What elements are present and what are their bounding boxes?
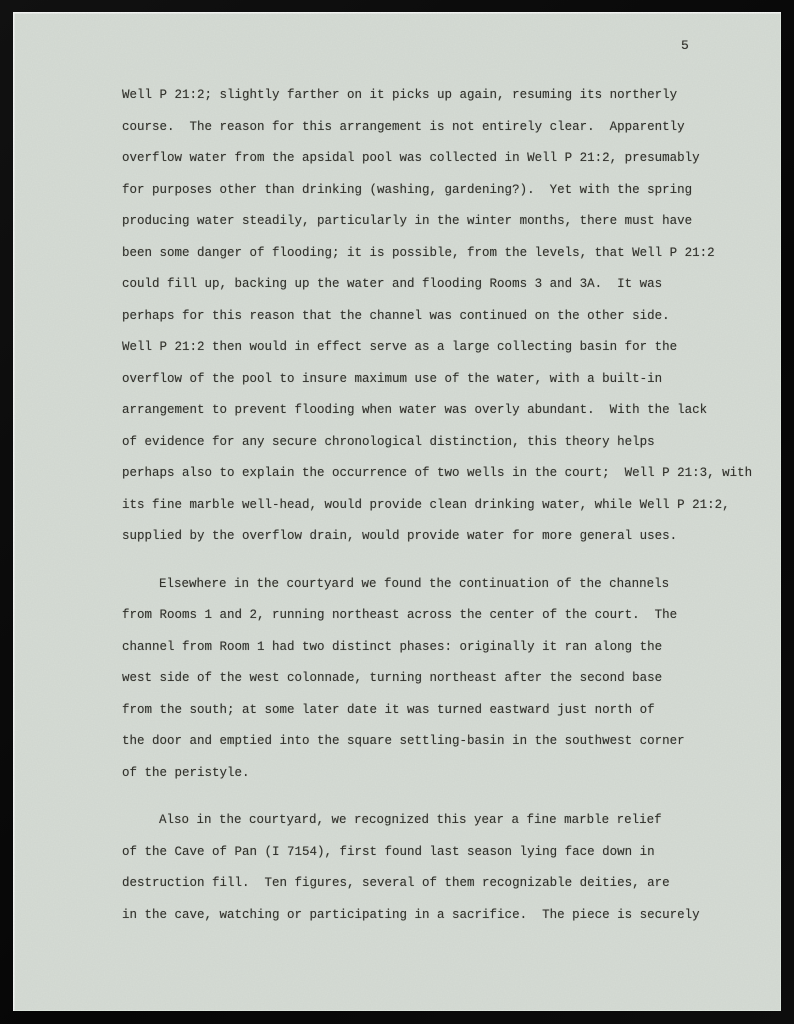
text-line: for purposes other than drinking (washin…: [122, 175, 772, 207]
text-line: Also in the courtyard, we recognized thi…: [122, 805, 772, 837]
text-line: from the south; at some later date it wa…: [122, 695, 772, 727]
text-line: Elsewhere in the courtyard we found the …: [122, 569, 772, 601]
text-line: of the Cave of Pan (I 7154), first found…: [122, 837, 772, 869]
text-line: in the cave, watching or participating i…: [122, 900, 772, 932]
text-line: course. The reason for this arrangement …: [122, 112, 772, 144]
paragraph: Also in the courtyard, we recognized thi…: [122, 805, 772, 931]
page-number: 5: [681, 36, 689, 56]
text-line: channel from Room 1 had two distinct pha…: [122, 632, 772, 664]
text-line: perhaps also to explain the occurrence o…: [122, 458, 772, 490]
paragraph: Well P 21:2; slightly farther on it pick…: [122, 80, 772, 553]
text-line: its fine marble well-head, would provide…: [122, 490, 772, 522]
text-line: could fill up, backing up the water and …: [122, 269, 772, 301]
text-line: perhaps for this reason that the channel…: [122, 301, 772, 333]
text-line: of evidence for any secure chronological…: [122, 427, 772, 459]
text-line: Well P 21:2 then would in effect serve a…: [122, 332, 772, 364]
text-line: overflow water from the apsidal pool was…: [122, 143, 772, 175]
text-line: producing water steadily, particularly i…: [122, 206, 772, 238]
text-line: from Rooms 1 and 2, running northeast ac…: [122, 600, 772, 632]
paragraph: Elsewhere in the courtyard we found the …: [122, 569, 772, 790]
text-line: Well P 21:2; slightly farther on it pick…: [122, 80, 772, 112]
text-line: supplied by the overflow drain, would pr…: [122, 521, 772, 553]
text-line: arrangement to prevent flooding when wat…: [122, 395, 772, 427]
text-line: overflow of the pool to insure maximum u…: [122, 364, 772, 396]
text-line: west side of the west colonnade, turning…: [122, 663, 772, 695]
text-line: destruction fill. Ten figures, several o…: [122, 868, 772, 900]
text-line: been some danger of flooding; it is poss…: [122, 238, 772, 270]
photo-border: 5 Well P 21:2; slightly farther on it pi…: [0, 0, 794, 1024]
text-line: the door and emptied into the square set…: [122, 726, 772, 758]
text-line: of the peristyle.: [122, 758, 772, 790]
document-page: 5 Well P 21:2; slightly farther on it pi…: [13, 12, 781, 1011]
page-body: Well P 21:2; slightly farther on it pick…: [122, 80, 772, 931]
